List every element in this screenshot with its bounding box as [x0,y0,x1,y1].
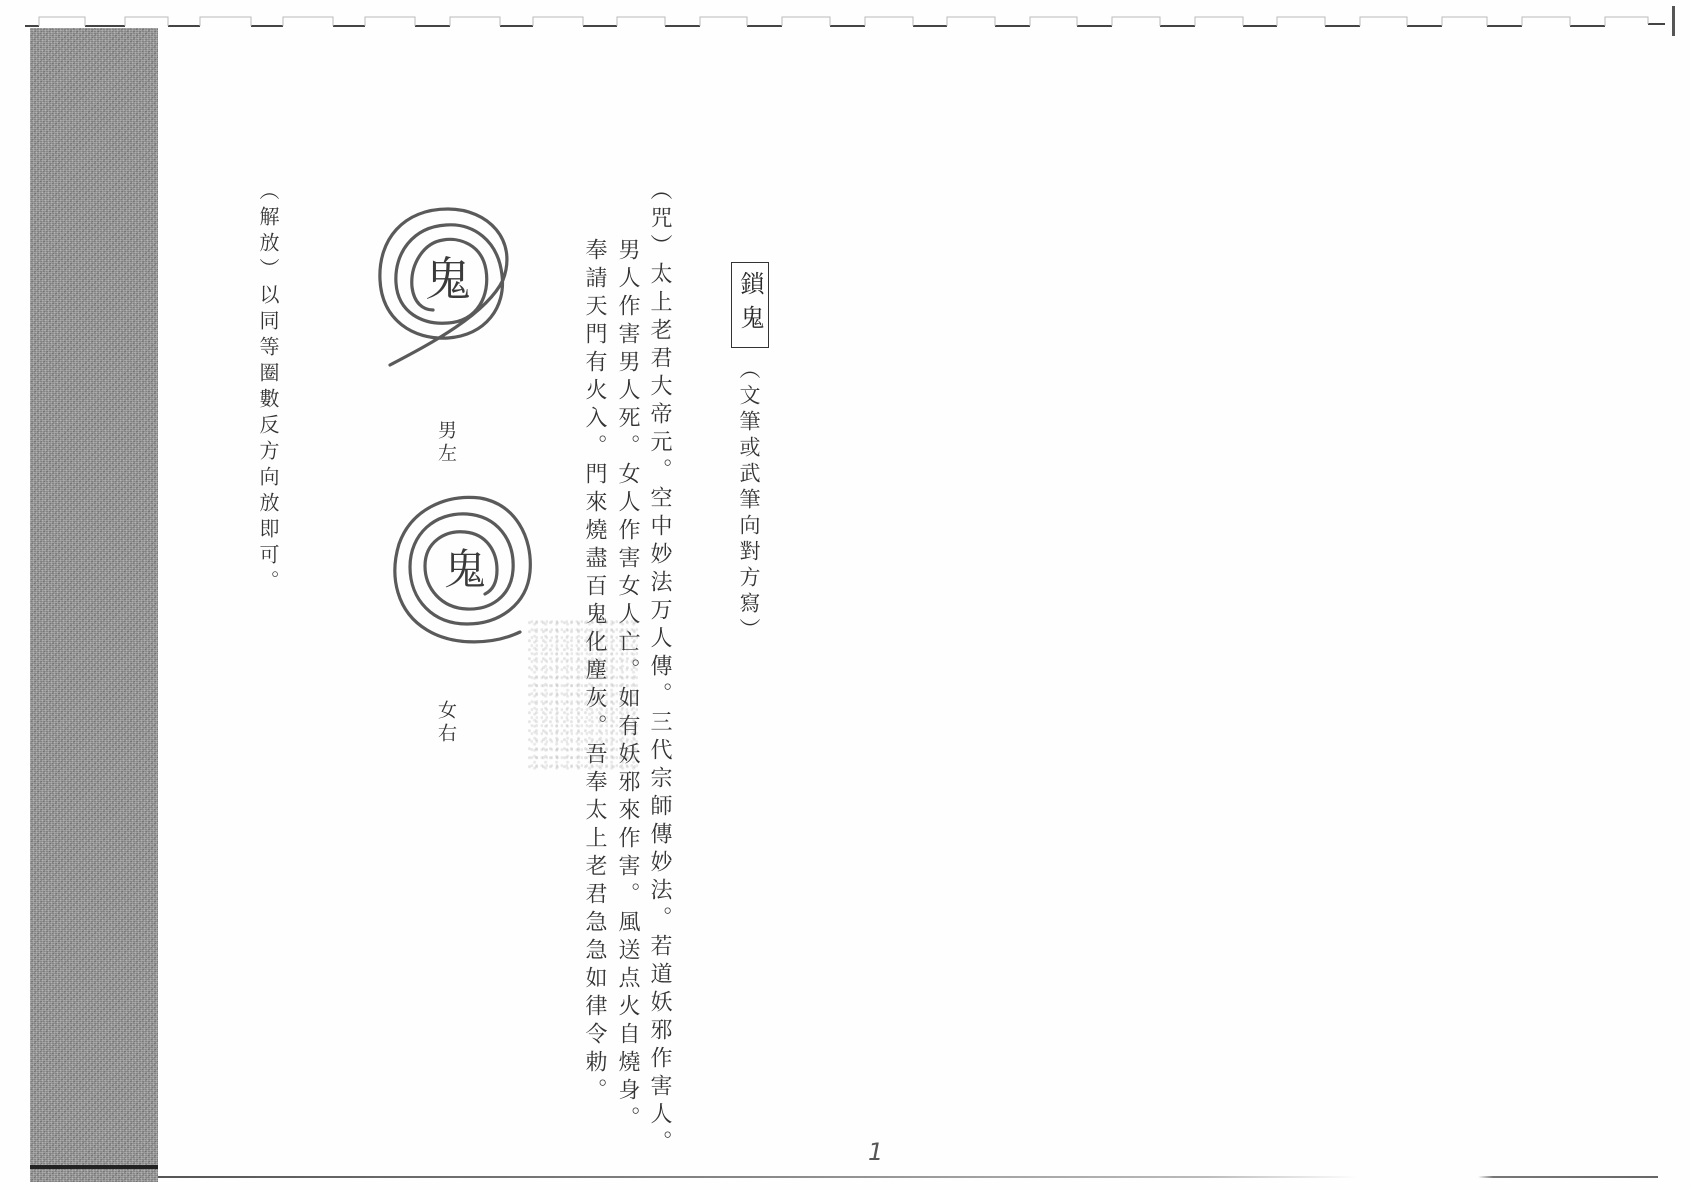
incantation-column-1: （咒）太上老君大帝元。空中妙法万人傳。三代宗師傳妙法。若道妖邪作害人。 [648,178,670,1158]
document-title: 鎖鬼 [731,262,769,348]
document-page: 鎖鬼 （文筆或武筆向對方寫） （咒）太上老君大帝元。空中妙法万人傳。三代宗師傳妙… [0,0,1690,1190]
talisman-glyph-female: 鬼 [444,545,486,594]
right-edge-mark [1672,6,1675,36]
release-instruction: （解放）以同等圈數反方向放即可。 [258,180,278,596]
talisman-spiral-female: 鬼 [385,482,545,652]
top-perforation-edge [25,14,1665,32]
binding-bottom-band [30,1165,158,1169]
page-number: 1 [868,1138,883,1166]
talisman-glyph-male: 鬼 [425,252,471,306]
label-male-left: 男左 [436,420,455,466]
talisman-spiral-male: 鬼 [368,195,528,395]
document-subtitle: （文筆或武筆向對方寫） [738,358,759,644]
bottom-edge-line [158,1176,1658,1178]
binding-strip [30,28,158,1182]
label-female-right: 女右 [436,700,455,746]
